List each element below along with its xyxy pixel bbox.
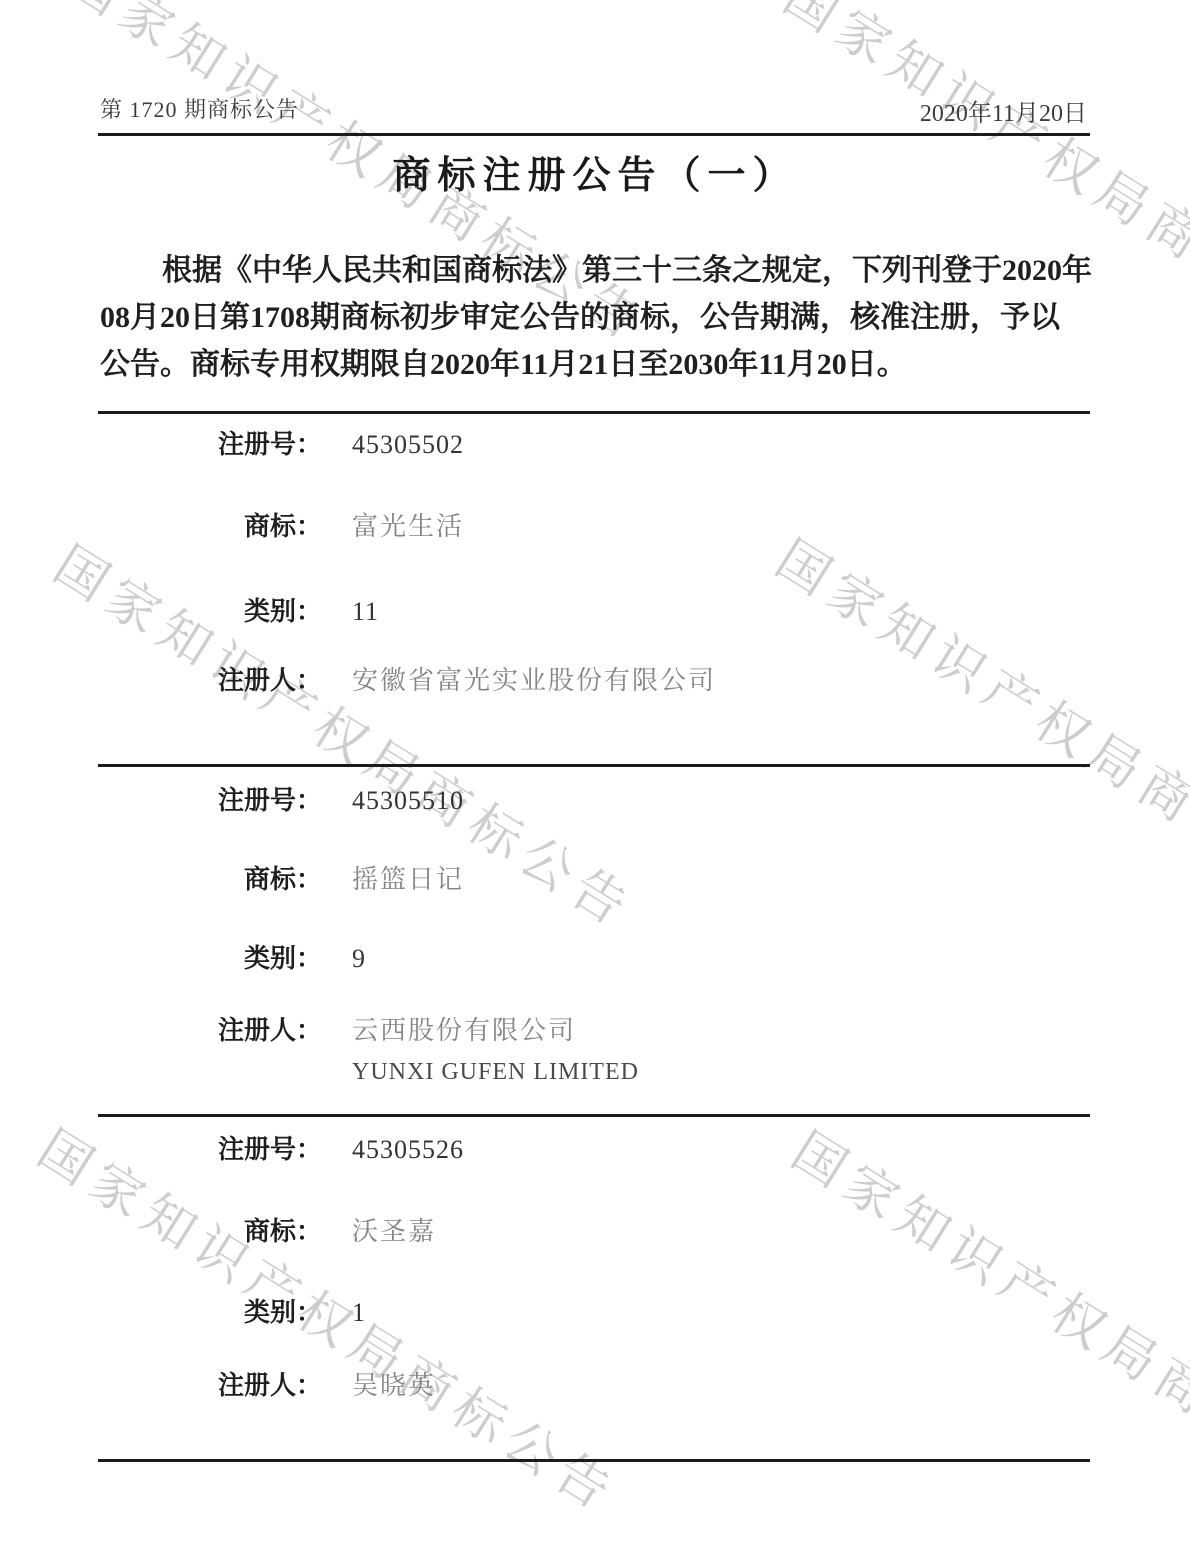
registrant-value: 吴晓英 bbox=[352, 1369, 436, 1403]
field-label-class: 类别： bbox=[98, 1296, 322, 1330]
field-label-class: 类别： bbox=[98, 942, 322, 976]
registrant-en-value: YUNXI GUFEN LIMITED bbox=[352, 1055, 639, 1089]
field-label-mark: 商标： bbox=[98, 1215, 322, 1249]
intro-line-2: 08月20日第1708期商标初步审定公告的商标，公告期满，核准注册，予以 bbox=[100, 294, 1092, 341]
class-value: 11 bbox=[352, 595, 379, 629]
page-title: 商标注册公告（一） bbox=[0, 144, 1190, 199]
reg-no-value: 45305526 bbox=[352, 1133, 464, 1167]
field-label-registrant: 注册人： bbox=[98, 1369, 322, 1403]
bottom-rule bbox=[98, 1459, 1090, 1462]
entry-divider bbox=[98, 764, 1090, 767]
intro-line-3: 公告。商标专用权期限自2020年11月21日至2030年11月20日。 bbox=[100, 341, 1092, 388]
field-label-registrant: 注册人： bbox=[98, 1014, 322, 1048]
field-label-reg-no: 注册号： bbox=[98, 784, 322, 818]
reg-no-value: 45305510 bbox=[352, 784, 464, 818]
gazette-page: 国家知识产权局商标公告 国家知识产权局商标公告 国家知识产权局商标公告 国家知识… bbox=[0, 0, 1190, 1564]
field-label-class: 类别： bbox=[98, 595, 322, 629]
header-date: 2020年11月20日 bbox=[920, 93, 1087, 128]
field-label-reg-no: 注册号： bbox=[98, 1133, 322, 1167]
class-value: 1 bbox=[352, 1296, 366, 1330]
entry-divider bbox=[98, 411, 1090, 414]
field-label-mark: 商标： bbox=[98, 510, 322, 544]
entry-divider bbox=[98, 1114, 1090, 1117]
mark-value: 富光生活 bbox=[352, 510, 464, 544]
field-label-mark: 商标： bbox=[98, 863, 322, 897]
reg-no-value: 45305502 bbox=[352, 428, 464, 462]
mark-value: 沃圣嘉 bbox=[352, 1215, 436, 1249]
intro-line-1: 根据《中华人民共和国商标法》第三十三条之规定，下列刊登于2020年 bbox=[100, 247, 1092, 294]
field-label-reg-no: 注册号： bbox=[98, 428, 322, 462]
registrant-value: 云西股份有限公司 bbox=[352, 1014, 576, 1048]
header-rule bbox=[98, 133, 1090, 136]
field-label-registrant: 注册人： bbox=[98, 664, 322, 698]
header-issue-number: 第 1720 期商标公告 bbox=[100, 93, 299, 124]
intro-paragraph: 根据《中华人民共和国商标法》第三十三条之规定，下列刊登于2020年 08月20日… bbox=[100, 247, 1092, 388]
class-value: 9 bbox=[352, 942, 366, 976]
watermark-text: 国家知识产权局商标公告 bbox=[780, 1110, 1190, 1529]
registrant-value: 安徽省富光实业股份有限公司 bbox=[352, 664, 716, 698]
mark-value: 摇篮日记 bbox=[352, 863, 464, 897]
watermark-text: 国家知识产权局商标公告 bbox=[764, 518, 1190, 937]
